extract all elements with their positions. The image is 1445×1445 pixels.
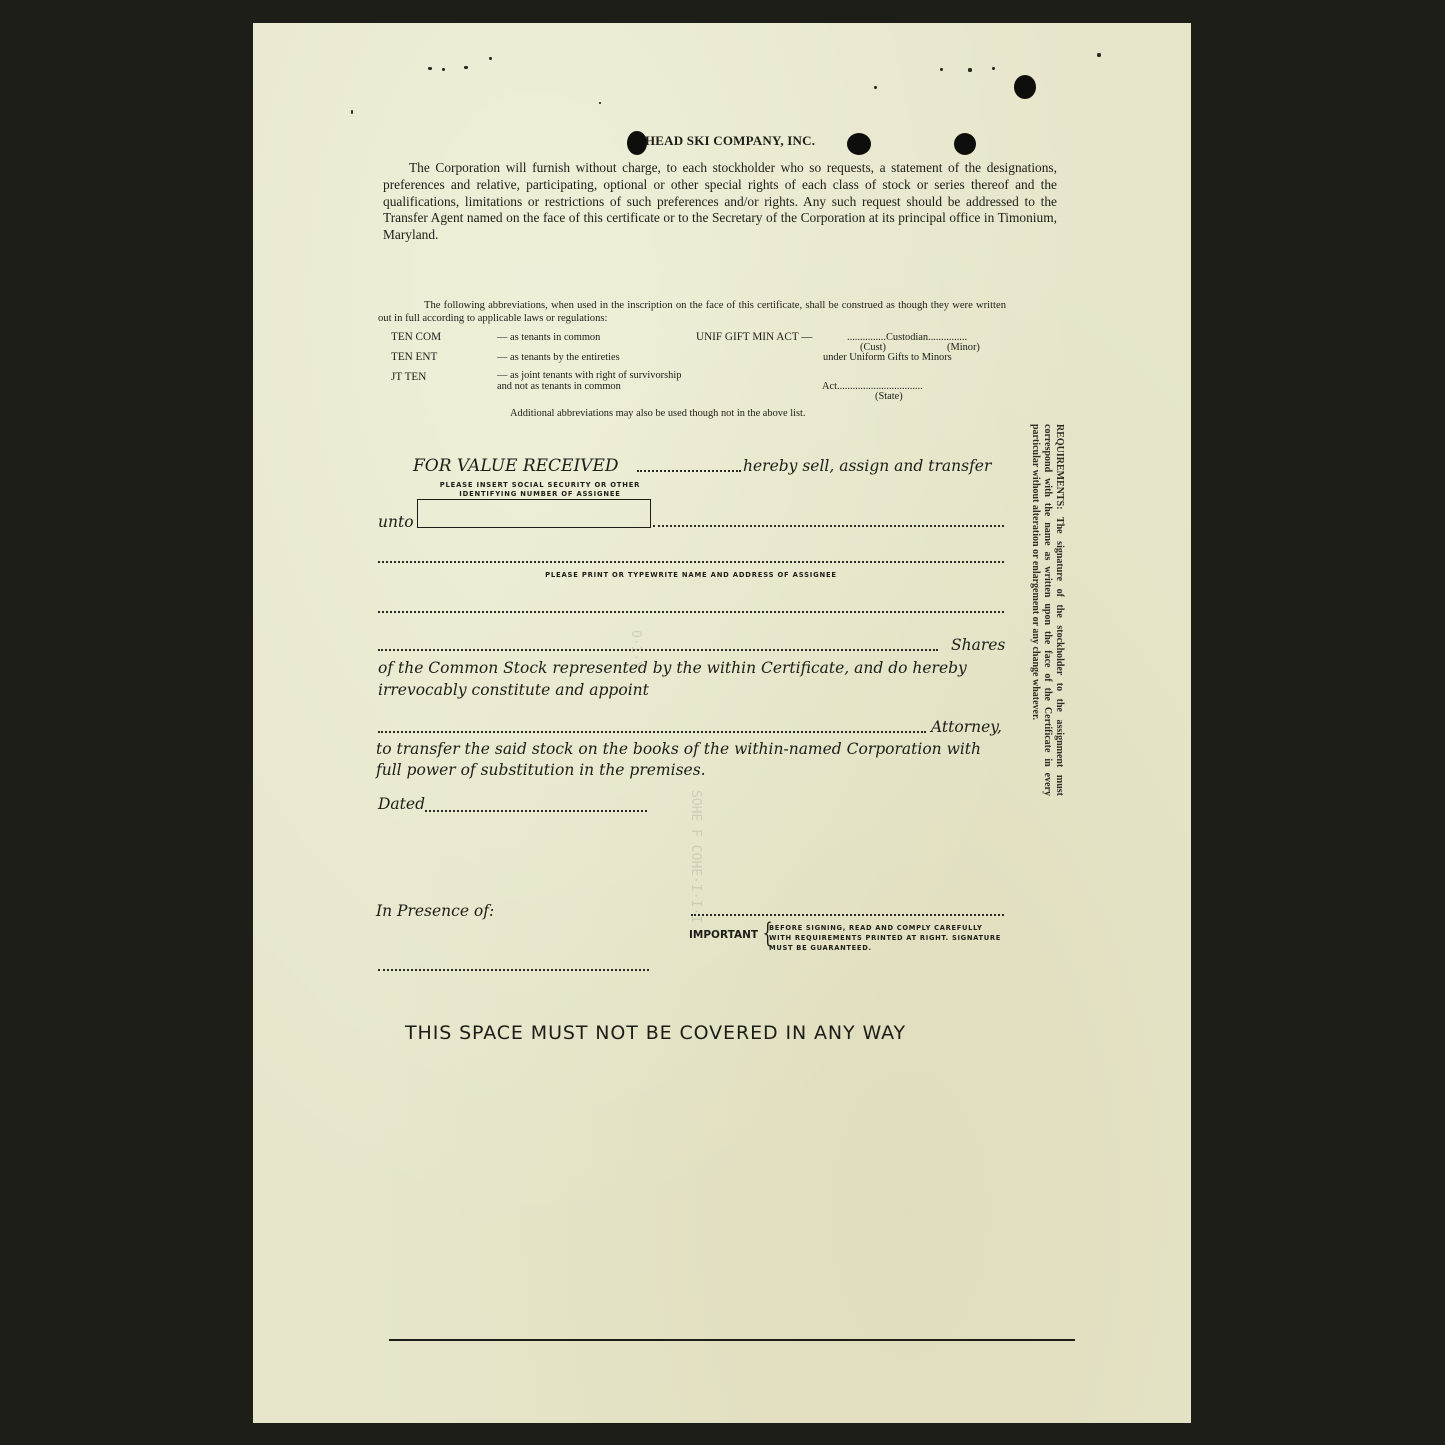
footer-banner: THIS SPACE MUST NOT BE COVERED IN ANY WA… xyxy=(405,1022,906,1044)
for-value-received: FOR VALUE RECEIVED xyxy=(413,456,619,476)
bleed-through-mark: O·I·Y xyxy=(628,630,643,669)
unto-label: unto xyxy=(378,513,414,531)
assignee-line-1[interactable] xyxy=(653,525,1004,527)
consideration-line[interactable] xyxy=(637,470,741,472)
speck xyxy=(428,67,432,70)
abbreviations-intro: The following abbreviations, when used i… xyxy=(378,300,1006,325)
punch-hole xyxy=(1014,75,1036,99)
perforation-cancel-mark xyxy=(700,1140,1000,1320)
transfer-text-2: full power of substitution in the premis… xyxy=(376,761,706,779)
ssn-caption-1: PLEASE INSERT SOCIAL SECURITY OR OTHER xyxy=(417,481,663,489)
dated-line[interactable] xyxy=(425,810,647,812)
speck xyxy=(489,57,492,60)
speck xyxy=(992,67,995,70)
abbr-meaning-ten-com: — as tenants in common xyxy=(497,332,600,343)
attorney-label: Attorney, xyxy=(931,718,1002,736)
bleed-through-stamp: SOHE F COHE·I·I·I xyxy=(688,790,702,923)
shares-label: Shares xyxy=(951,636,1005,654)
punch-hole xyxy=(627,131,647,155)
ssn-input-box[interactable] xyxy=(417,499,651,528)
speck xyxy=(874,86,877,89)
abbr-code-ten-ent: TEN ENT xyxy=(391,351,437,363)
minor-caption: (Minor) xyxy=(947,342,980,353)
speck xyxy=(599,102,601,104)
rights-notice: The Corporation will furnish without cha… xyxy=(383,160,1057,244)
unif-gift-label: UNIF GIFT MIN ACT — xyxy=(696,331,812,343)
in-presence-label: In Presence of: xyxy=(376,902,494,920)
requirements-text: REQUIREMENTS: The signature of the stock… xyxy=(1013,424,1065,796)
speck xyxy=(442,68,445,71)
punch-hole xyxy=(847,133,871,155)
attorney-line[interactable] xyxy=(378,731,926,733)
state-caption: (State) xyxy=(875,391,903,402)
under-uniform-gifts: under Uniform Gifts to Minors xyxy=(823,352,952,363)
ssn-caption-2: IDENTIFYING NUMBER OF ASSIGNEE xyxy=(417,490,663,498)
assignee-line-2[interactable] xyxy=(378,561,1004,563)
speck xyxy=(968,68,972,72)
common-stock-text: of the Common Stock represented by the w… xyxy=(378,659,967,677)
speck xyxy=(940,68,943,71)
punch-hole xyxy=(954,133,976,155)
speck xyxy=(1097,53,1101,57)
witness-signature-line[interactable] xyxy=(378,969,649,971)
abbr-code-ten-com: TEN COM xyxy=(391,331,441,343)
hereby-sell-text: hereby sell, assign and transfer xyxy=(743,457,991,475)
act-line: Act................................. xyxy=(822,381,923,392)
transfer-text-1: to transfer the said stock on the books … xyxy=(376,740,981,758)
assignee-line-3[interactable] xyxy=(378,611,1004,613)
abbr-meaning-ten-ent: — as tenants by the entireties xyxy=(497,352,620,363)
abbr-meaning-jt-ten: — as joint tenants with right of survivo… xyxy=(497,371,682,392)
important-text: BEFORE SIGNING, READ AND COMPLY CAREFULL… xyxy=(769,923,1005,953)
dated-label: Dated xyxy=(378,795,425,813)
additional-abbreviations-note: Additional abbreviations may also be use… xyxy=(510,408,806,419)
constitute-appoint-text: irrevocably constitute and appoint xyxy=(378,681,649,699)
company-name: HEAD SKI COMPANY, INC. xyxy=(645,133,815,149)
stockholder-signature-line[interactable] xyxy=(691,914,1004,916)
speck xyxy=(351,110,353,114)
footer-rule xyxy=(389,1339,1075,1341)
name-address-caption: PLEASE PRINT OR TYPEWRITE NAME AND ADDRE… xyxy=(378,571,1004,579)
abbr-code-jt-ten: JT TEN xyxy=(391,371,426,383)
important-label: IMPORTANT xyxy=(689,929,758,941)
shares-line[interactable] xyxy=(378,649,938,651)
speck xyxy=(464,66,468,69)
